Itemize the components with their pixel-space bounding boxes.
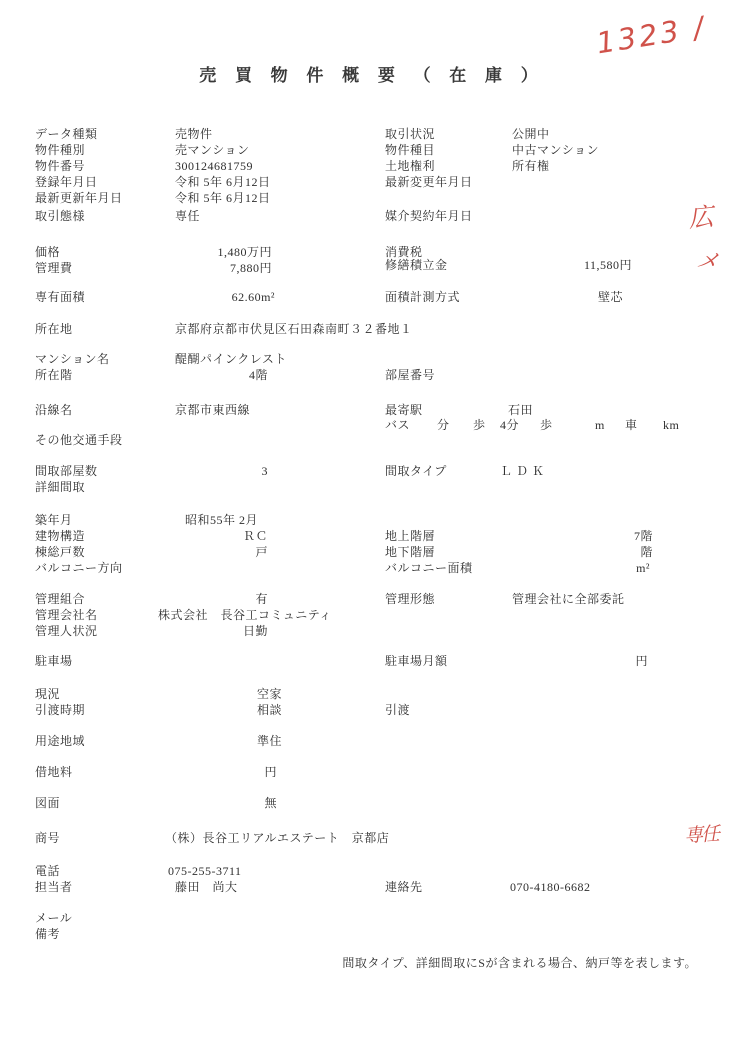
label-brokerage-contract-date: 媒介契約年月日 <box>385 209 473 223</box>
handwritten-serial-number: 1323 / <box>594 10 709 61</box>
label-current-status: 現況 <box>35 687 60 701</box>
value-area-measurement: 壁芯 <box>598 290 623 304</box>
value-agent-name: 藤田 尚大 <box>175 880 238 894</box>
value-exclusive-area: 62.60m² <box>120 290 275 304</box>
label-management-fee: 管理費 <box>35 261 73 275</box>
label-total-units: 棟総戸数 <box>35 545 85 559</box>
value-last-update-date: 令和 5年 6月12日 <box>175 191 271 205</box>
value-land-rent: 円 <box>120 765 277 779</box>
label-handover-timing: 引渡時期 <box>35 703 85 717</box>
label-handover: 引渡 <box>385 703 410 717</box>
value-building-name: 醍醐パインクレスト <box>175 352 287 366</box>
value-transaction-status: 公開中 <box>512 127 550 141</box>
label-manager-status: 管理人状況 <box>35 624 98 638</box>
value-structure: ＲＣ <box>120 529 268 543</box>
label-company-name: 商号 <box>35 831 60 845</box>
label-exclusive-area: 専有面積 <box>35 290 85 304</box>
value-transaction-type: 専任 <box>175 209 200 223</box>
label-transaction-status: 取引状況 <box>385 127 435 141</box>
value-repair-reserve: 11,580円 <box>480 258 632 272</box>
value-property-item: 中古マンション <box>512 143 599 157</box>
page-title: 売 買 物 件 概 要 （ 在 庫 ） <box>0 61 744 86</box>
label-phone: 電話 <box>35 864 60 878</box>
value-land-rights: 所有権 <box>512 159 550 173</box>
label-repair-reserve: 修繕積立金 <box>385 258 448 272</box>
label-balcony-direction: バルコニー方向 <box>35 561 123 575</box>
label-property-item: 物件種目 <box>385 143 435 157</box>
label-floors-above: 地上階層 <box>385 529 435 543</box>
label-room-count: 間取部屋数 <box>35 464 98 478</box>
label-management-assoc: 管理組合 <box>35 592 85 606</box>
label-transaction-type: 取引態様 <box>35 209 85 223</box>
value-zoning: 準住 <box>120 734 282 748</box>
label-last-change-date: 最新変更年月日 <box>385 175 473 189</box>
walk-token-2: 歩 <box>540 418 553 432</box>
label-parking-monthly: 駐車場月額 <box>385 654 448 668</box>
value-handover-timing: 相談 <box>120 703 282 717</box>
label-built-date: 築年月 <box>35 513 73 527</box>
handwritten-mark-sennin: 専任 <box>683 819 719 848</box>
label-nearest-station: 最寄駅 <box>385 403 423 417</box>
label-property-number: 物件番号 <box>35 159 85 173</box>
document-page: 1323 / 広 メ 専任 売 買 物 件 概 要 （ 在 庫 ） データ種類 … <box>0 0 744 1053</box>
handwritten-mark-me: メ <box>694 242 721 276</box>
value-balcony-area: m² <box>500 561 650 575</box>
label-floor-located: 所在階 <box>35 368 73 382</box>
km-unit: km <box>663 418 679 432</box>
walk-minutes-value: 4分 <box>500 418 519 432</box>
value-parking-monthly: 円 <box>500 654 648 668</box>
label-data-type: データ種類 <box>35 127 98 141</box>
value-layout-type: ＬＤＫ <box>500 464 548 478</box>
label-address: 所在地 <box>35 322 73 336</box>
label-floor-plan-doc: 図面 <box>35 796 60 810</box>
value-data-type: 売物件 <box>175 127 213 141</box>
handwritten-mark-hiro: 広 <box>686 197 715 235</box>
value-floors-above: 7階 <box>500 529 653 543</box>
label-management-form: 管理形態 <box>385 592 435 606</box>
label-last-update-date: 最新更新年月日 <box>35 191 123 205</box>
value-floors-below: 階 <box>500 545 653 559</box>
label-remarks: 備考 <box>35 927 60 941</box>
label-balcony-area: バルコニー面積 <box>385 561 473 575</box>
value-manager-status: 日勤 <box>120 624 268 638</box>
value-nearest-station: 石田 <box>508 403 533 417</box>
label-registration-date: 登録年月日 <box>35 175 98 189</box>
value-floor-located: 4階 <box>120 368 268 382</box>
label-land-rent: 借地料 <box>35 765 73 779</box>
label-layout-detail: 詳細間取 <box>35 480 85 494</box>
label-other-transport: その他交通手段 <box>35 433 123 447</box>
label-room-number: 部屋番号 <box>385 368 435 382</box>
car-token: 車 <box>625 418 638 432</box>
label-contact: 連絡先 <box>385 880 423 894</box>
label-building-name: マンション名 <box>35 352 109 366</box>
label-layout-type: 間取タイプ <box>385 464 447 478</box>
label-agent-name: 担当者 <box>35 880 73 894</box>
value-management-assoc: 有 <box>120 592 268 606</box>
label-email: メール <box>35 911 72 925</box>
value-phone: 075-255-3711 <box>168 864 242 878</box>
value-company-name: （株）長谷工リアルエステート 京都店 <box>165 831 389 845</box>
label-floors-below: 地下階層 <box>385 545 435 559</box>
label-land-rights: 土地権利 <box>385 159 435 173</box>
footnote: 間取タイプ、詳細間取にSが含まれる場合、納戸等を表します。 <box>342 956 697 970</box>
value-rail-line: 京都市東西線 <box>175 403 250 417</box>
label-rail-line: 沿線名 <box>35 403 73 417</box>
label-price: 価格 <box>35 245 60 259</box>
value-management-form: 管理会社に全部委託 <box>512 592 625 606</box>
value-address: 京都府京都市伏見区石田森南町３２番地１ <box>175 322 413 336</box>
value-room-count: 3 <box>120 464 268 478</box>
label-management-company: 管理会社名 <box>35 608 98 622</box>
value-registration-date: 令和 5年 6月12日 <box>175 175 271 189</box>
value-total-units: 戸 <box>120 545 268 559</box>
label-area-measurement: 面積計測方式 <box>385 290 460 304</box>
label-parking: 駐車場 <box>35 654 73 668</box>
bus-token: バス <box>385 418 410 432</box>
minutes-token: 分 <box>437 418 450 432</box>
label-structure: 建物構造 <box>35 529 85 543</box>
value-current-status: 空家 <box>120 687 282 701</box>
meter-unit: m <box>595 418 605 432</box>
value-built-date: 昭和55年 2月 <box>185 513 258 527</box>
value-management-fee: 7,880円 <box>120 261 272 275</box>
value-floor-plan-doc: 無 <box>120 796 277 810</box>
value-property-number: 300124681759 <box>175 159 253 173</box>
label-consumption-tax: 消費税 <box>385 245 423 259</box>
value-property-category: 売マンション <box>175 143 249 157</box>
label-zoning: 用途地域 <box>35 734 85 748</box>
value-price: 1,480万円 <box>120 245 272 259</box>
value-contact: 070-4180-6682 <box>510 880 591 894</box>
walk-token: 歩 <box>473 418 486 432</box>
value-management-company: 株式会社 長谷工コミュニティ <box>158 608 332 622</box>
label-property-category: 物件種別 <box>35 143 85 157</box>
